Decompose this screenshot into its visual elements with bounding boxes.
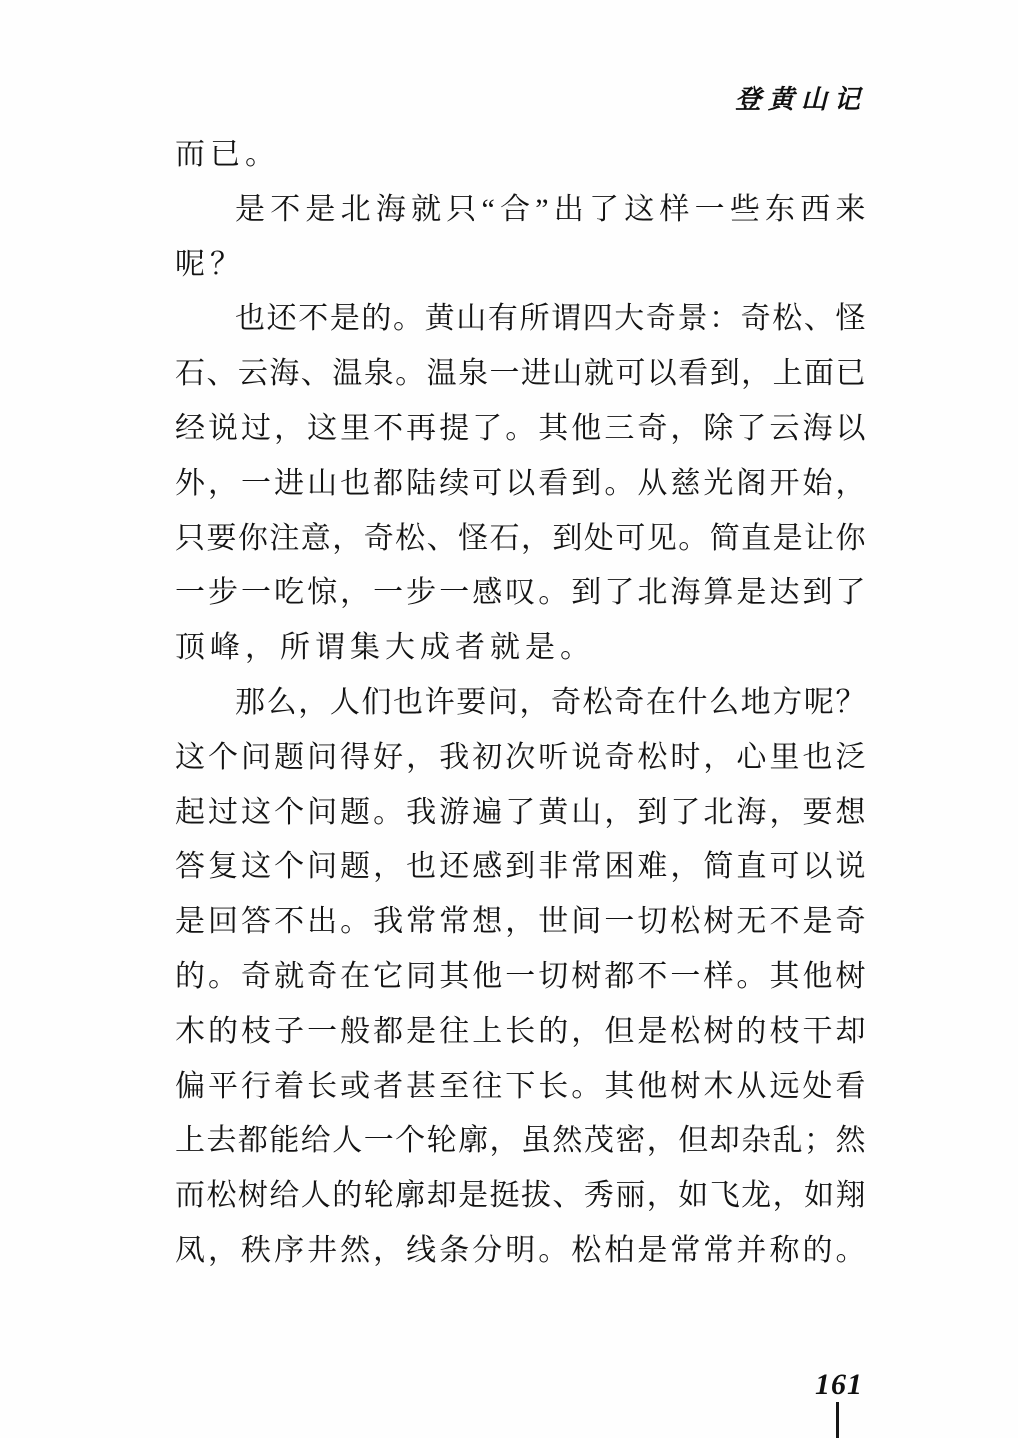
text-line: 那么，人们也许要问，奇松奇在什么地方呢？	[175, 676, 866, 731]
text-line: 的。奇就奇在它同其他一切树都不一样。其他树	[175, 950, 866, 1005]
text-line: 而松树给人的轮廓却是挺拔、秀丽，如飞龙，如翔	[175, 1169, 866, 1224]
text-line: 是回答不出。我常常想，世间一切松树无不是奇	[175, 895, 866, 950]
text-line: 外，一进山也都陆续可以看到。从慈光阁开始，	[175, 457, 866, 512]
text-line: 答复这个问题，也还感到非常困难，简直可以说	[175, 840, 866, 895]
page-number: 161	[815, 1368, 863, 1402]
text-line: 顶峰，所谓集大成者就是。	[175, 621, 866, 676]
text-line: 石、云海、温泉。温泉一进山就可以看到，上面已	[175, 347, 866, 402]
text-line: 是不是北海就只“合”出了这样一些东西来	[175, 183, 866, 238]
running-header: 登黄山记	[735, 84, 915, 116]
text-line: 这个问题问得好，我初次听说奇松时，心里也泛	[175, 731, 866, 786]
text-line: 而已。	[175, 128, 866, 183]
text-line: 一步一吃惊，一步一感叹。到了北海算是达到了	[175, 566, 866, 621]
book-page: 登黄山记 而已。是不是北海就只“合”出了这样一些东西来呢？也还不是的。黄山有所谓…	[0, 0, 1018, 1438]
text-line: 经说过，这里不再提了。其他三奇，除了云海以	[175, 402, 866, 457]
text-line: 上去都能给人一个轮廓，虽然茂密，但却杂乱；然	[175, 1114, 866, 1169]
body-text: 而已。是不是北海就只“合”出了这样一些东西来呢？也还不是的。黄山有所谓四大奇景：…	[175, 128, 866, 1279]
text-line: 也还不是的。黄山有所谓四大奇景：奇松、怪	[175, 292, 866, 347]
footer-rule	[836, 1402, 839, 1438]
text-line: 偏平行着长或者甚至往下长。其他树木从远处看	[175, 1060, 866, 1115]
text-line: 凤，秩序井然，线条分明。松柏是常常并称的。	[175, 1224, 866, 1279]
text-line: 木的枝子一般都是往上长的，但是松树的枝干却	[175, 1005, 866, 1060]
text-line: 起过这个问题。我游遍了黄山，到了北海，要想	[175, 786, 866, 841]
text-line: 只要你注意，奇松、怪石，到处可见。简直是让你	[175, 512, 866, 567]
text-line: 呢？	[175, 238, 866, 293]
